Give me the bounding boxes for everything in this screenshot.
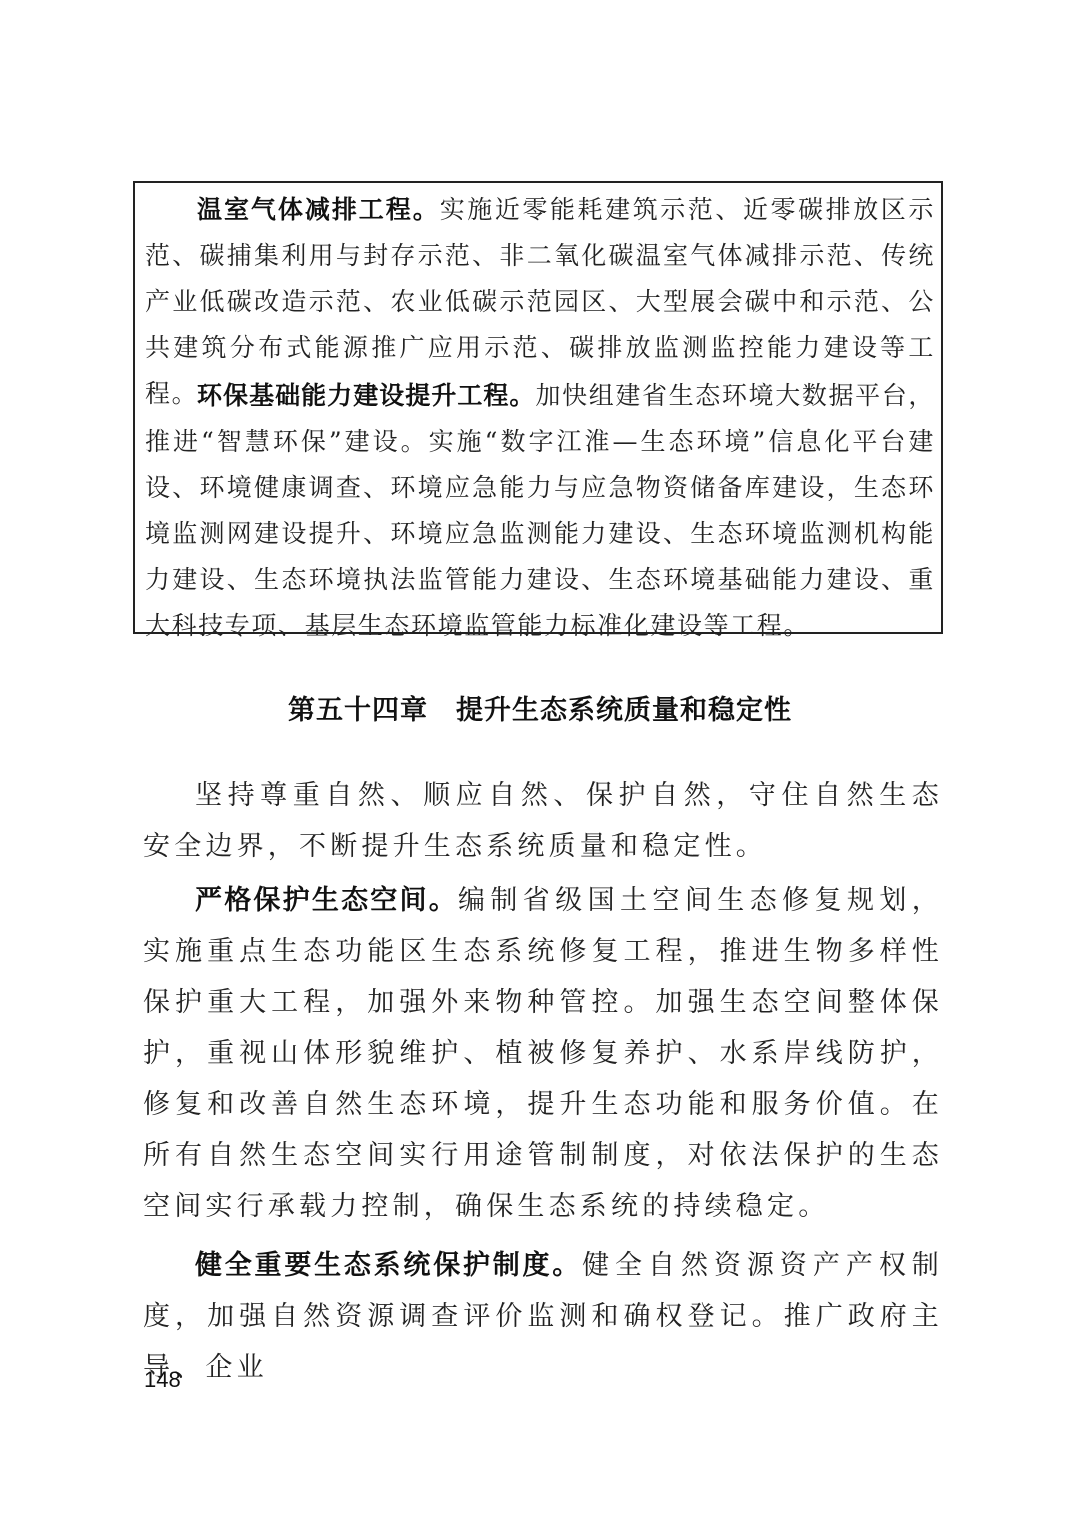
chapter-title: 第五十四章 提升生态系统质量和稳定性: [0, 688, 1080, 727]
paragraph-lead: 严格保护生态空间。: [195, 885, 458, 916]
paragraph-lead: 环保基础能力建设提升工程。: [197, 381, 535, 410]
body-paragraph-intro: 坚持尊重自然、顺应自然、保护自然，守住自然生态安全边界，不断提升生态系统质量和稳…: [143, 770, 943, 872]
body-paragraph-protection-system: 健全重要生态系统保护制度。健全自然资源资产产权制度，加强自然资源调查评价监测和确…: [143, 1240, 943, 1393]
paragraph-text: 加快组建省生态环境大数据平台，推进“智慧环保”建设。实施“数字江淮—生态环境”信…: [145, 381, 935, 640]
body-paragraph-eco-space: 严格保护生态空间。编制省级国土空间生态修复规划，实施重点生态功能区生态系统修复工…: [143, 875, 943, 1232]
box-paragraph-env-capacity: 环保基础能力建设提升工程。加快组建省生态环境大数据平台，推进“智慧环保”建设。实…: [145, 373, 935, 649]
project-box: 温室气体减排工程。实施近零能耗建筑示范、近零碳排放区示范、碳捕集利用与封存示范、…: [133, 181, 943, 634]
paragraph-text: 编制省级国土空间生态修复规划，实施重点生态功能区生态系统修复工程，推进生物多样性…: [143, 885, 943, 1222]
document-page: 温室气体减排工程。实施近零能耗建筑示范、近零碳排放区示范、碳捕集利用与封存示范、…: [0, 0, 1080, 1527]
paragraph-lead: 健全重要生态系统保护制度。: [195, 1250, 582, 1281]
paragraph-lead: 温室气体减排工程。: [197, 195, 440, 224]
paragraph-text: 坚持尊重自然、顺应自然、保护自然，守住自然生态安全边界，不断提升生态系统质量和稳…: [143, 780, 943, 862]
page-number: 148: [144, 1367, 181, 1393]
